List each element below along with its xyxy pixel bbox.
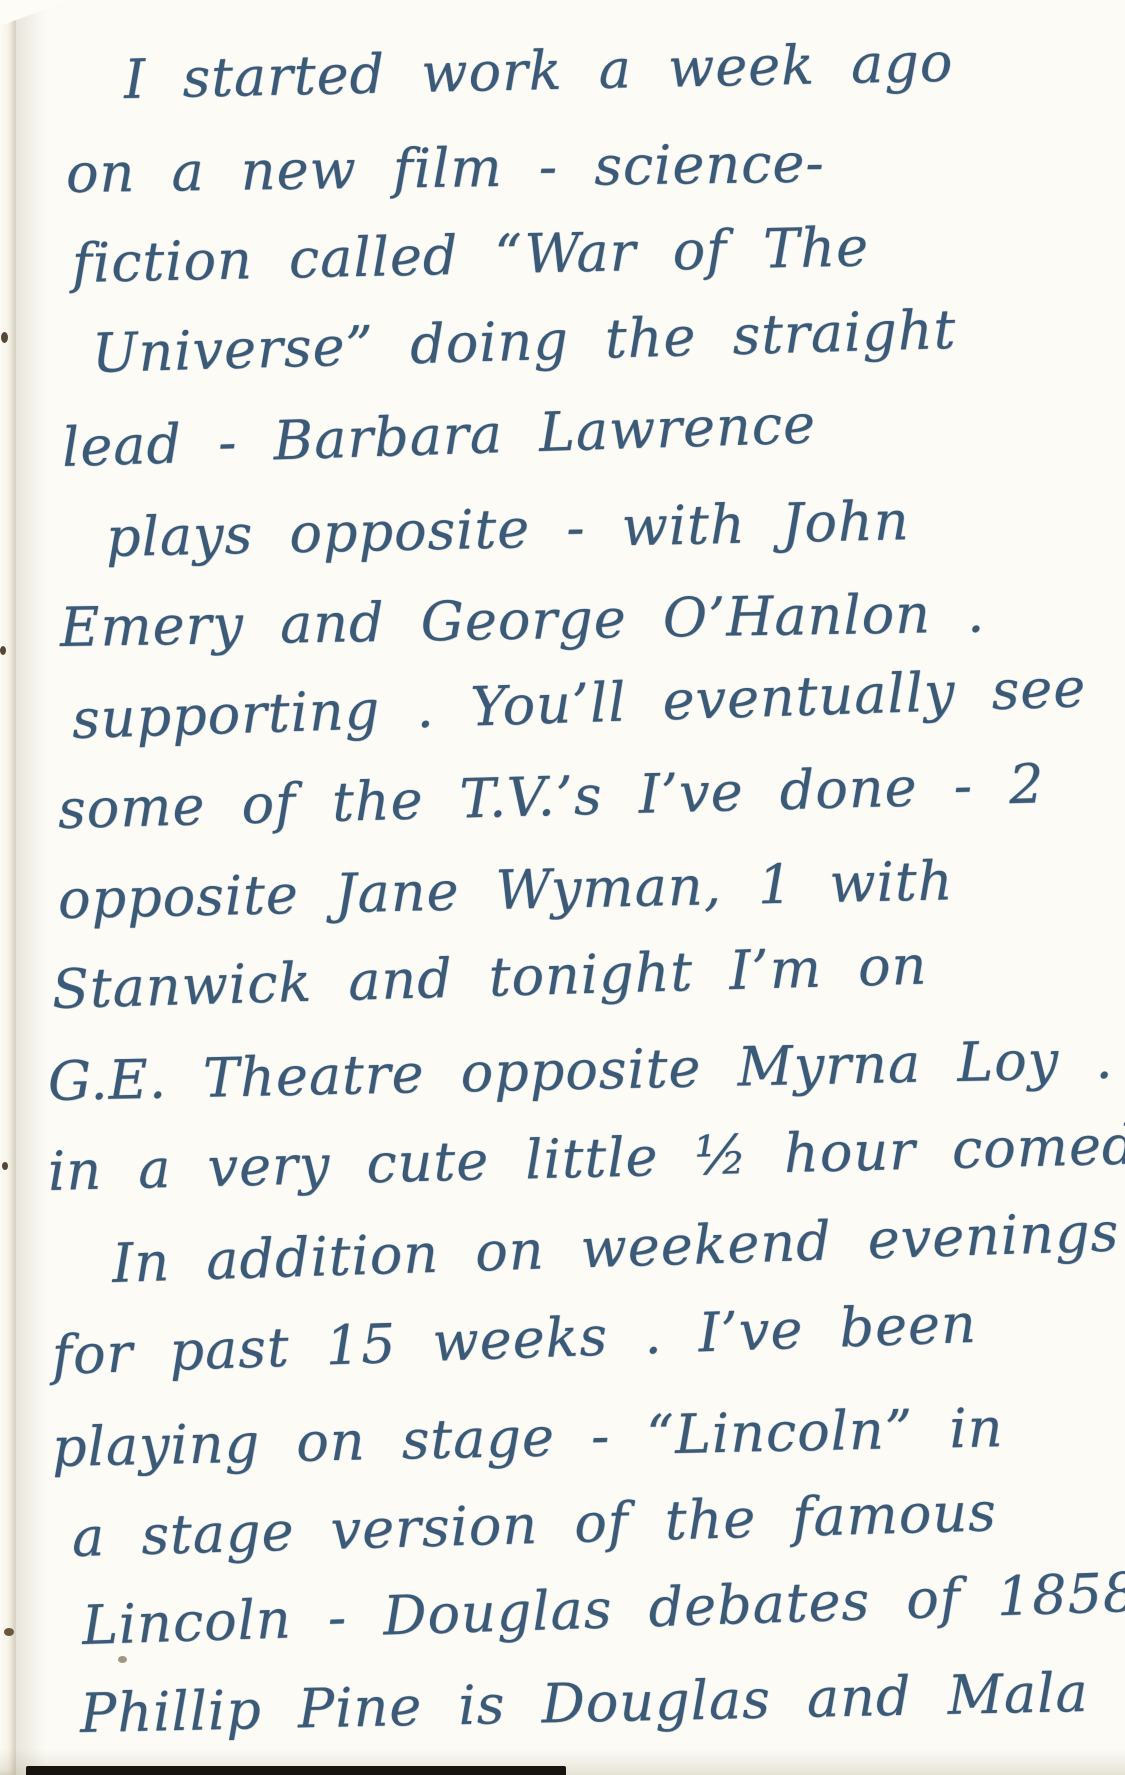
scan-bottom-dark-strip (26, 1766, 566, 1775)
handwritten-line-3: fiction called “War of The (71, 215, 869, 295)
handwritten-line-10: opposite Jane Wyman, 1 with (57, 849, 954, 931)
deckled-left-edge (0, 0, 16, 1775)
paper-speck (118, 1656, 127, 1663)
handwritten-line-17: a stage version of the famous (71, 1480, 997, 1569)
top-left-corner-fold (0, 0, 70, 26)
top-right-corner-cut (1005, 0, 1125, 30)
paper-speck (4, 1628, 14, 1636)
handwritten-line-14: In addition on weekend evenings (111, 1200, 1120, 1295)
handwritten-line-4: Universe” doing the straight (91, 298, 957, 385)
handwritten-line-11: Stanwick and tonight I’m on (51, 934, 928, 1021)
scanned-letter-screenshot: { "letter": { "description": "Handwritte… (0, 0, 1125, 1775)
handwritten-line-2: on a new film - science- (66, 131, 825, 205)
handwritten-line-7: Emery and George O’Hanlon . (60, 581, 986, 659)
handwritten-line-6: plays opposite - with John (105, 489, 910, 569)
handwritten-line-5: lead - Barbara Lawrence (61, 392, 817, 479)
paper-speck (0, 646, 6, 655)
handwritten-line-15: for past 15 weeks . I’ve been (51, 1292, 978, 1387)
handwritten-line-1: I started work a week ago (123, 31, 954, 111)
handwritten-line-8: supporting . You’ll eventually see (71, 656, 1087, 751)
handwritten-line-18: Lincoln - Douglas debates of 1858 - (81, 1559, 1125, 1657)
handwritten-line-16: playing on stage - “Lincoln” in (51, 1396, 1004, 1479)
handwritten-line-19: Phillip Pine is Douglas and Mala (79, 1661, 1089, 1745)
paper-speck (1, 332, 8, 343)
handwritten-line-9: some of the T.V.’s I’ve done - 2 (57, 752, 1045, 841)
left-fold-shadow (16, 0, 46, 1775)
letter-paper: I started work a week ago on a new film … (0, 0, 1125, 1775)
paper-speck (2, 1162, 8, 1170)
handwritten-line-12: G.E. Theatre opposite Myrna Loy . (47, 1028, 1114, 1113)
handwritten-line-13: in a very cute little ½ hour comedy . (47, 1111, 1125, 1203)
